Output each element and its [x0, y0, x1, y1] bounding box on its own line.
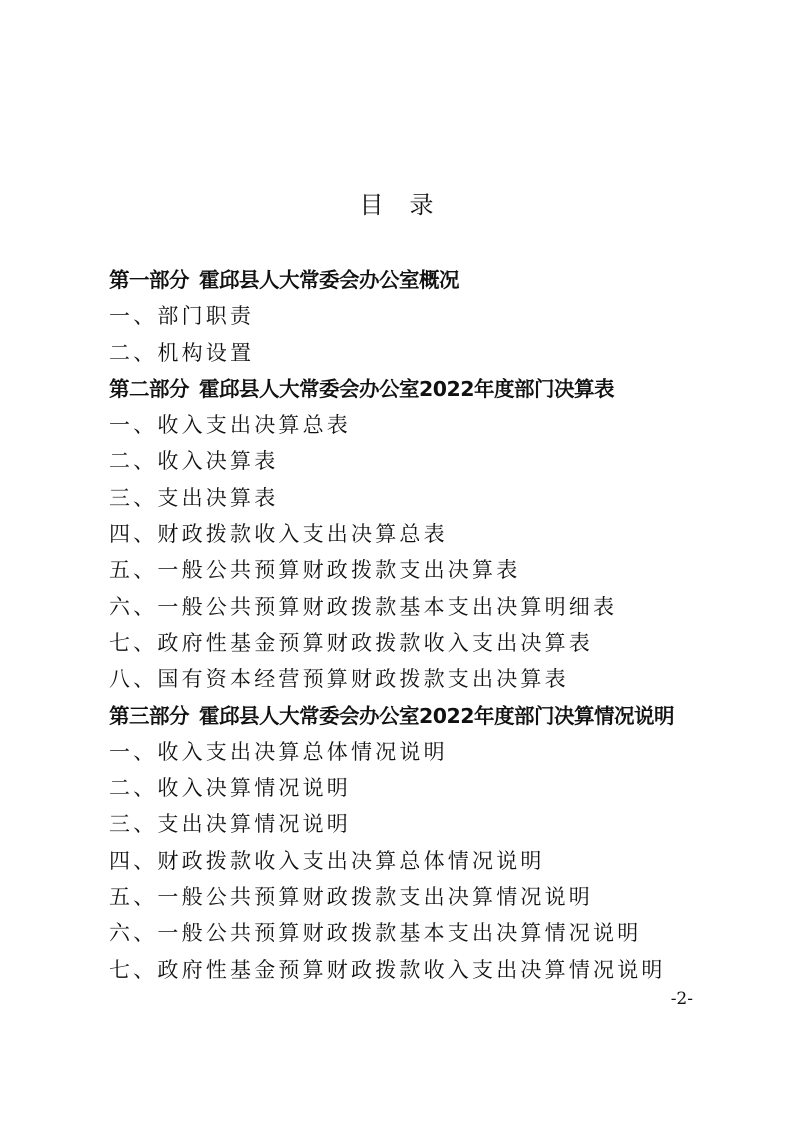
toc-item: 四、财政拨款收入支出决算总表 [109, 516, 709, 552]
toc-part-title: 霍邱县人大常委会办公室概况 [199, 268, 459, 292]
title-char: 录 [410, 188, 434, 222]
toc-item: 六、一般公共预算财政拨款基本支出决算情况说明 [109, 915, 709, 951]
page-title: 目录 [0, 188, 793, 222]
document-page: 目录 第一部分霍邱县人大常委会办公室概况 一、部门职责 二、机构设置 第二部分霍… [0, 0, 793, 1122]
toc-part-number: 第二部分 [109, 377, 189, 401]
toc-part-title: 霍邱县人大常委会办公室2022年度部门决算情况说明 [199, 704, 674, 728]
toc-part-number: 第一部分 [109, 268, 189, 292]
toc-item: 四、财政拨款收入支出决算总体情况说明 [109, 843, 709, 879]
toc-item: 一、部门职责 [109, 298, 709, 334]
toc-part-number: 第三部分 [109, 704, 189, 728]
toc-item: 一、收入支出决算总表 [109, 407, 709, 443]
page-number: -2- [671, 987, 693, 1011]
toc-item: 三、支出决算情况说明 [109, 806, 709, 842]
table-of-contents: 第一部分霍邱县人大常委会办公室概况 一、部门职责 二、机构设置 第二部分霍邱县人… [109, 262, 709, 988]
toc-item: 八、国有资本经营预算财政拨款支出决算表 [109, 661, 709, 697]
title-char: 目 [360, 188, 384, 222]
toc-part: 第二部分霍邱县人大常委会办公室2022年度部门决算表 [109, 371, 709, 407]
toc-item: 七、政府性基金预算财政拨款收入支出决算表 [109, 625, 709, 661]
toc-item: 三、支出决算表 [109, 480, 709, 516]
toc-part: 第一部分霍邱县人大常委会办公室概况 [109, 262, 709, 298]
toc-item: 二、收入决算情况说明 [109, 770, 709, 806]
toc-item: 五、一般公共预算财政拨款支出决算表 [109, 552, 709, 588]
toc-part: 第三部分霍邱县人大常委会办公室2022年度部门决算情况说明 [109, 698, 709, 734]
toc-item: 二、收入决算表 [109, 443, 709, 479]
toc-item: 一、收入支出决算总体情况说明 [109, 734, 709, 770]
toc-item: 六、一般公共预算财政拨款基本支出决算明细表 [109, 589, 709, 625]
toc-item: 五、一般公共预算财政拨款支出决算情况说明 [109, 879, 709, 915]
toc-item: 二、机构设置 [109, 335, 709, 371]
toc-item: 七、政府性基金预算财政拨款收入支出决算情况说明 [109, 952, 709, 988]
toc-part-title: 霍邱县人大常委会办公室2022年度部门决算表 [199, 377, 614, 401]
